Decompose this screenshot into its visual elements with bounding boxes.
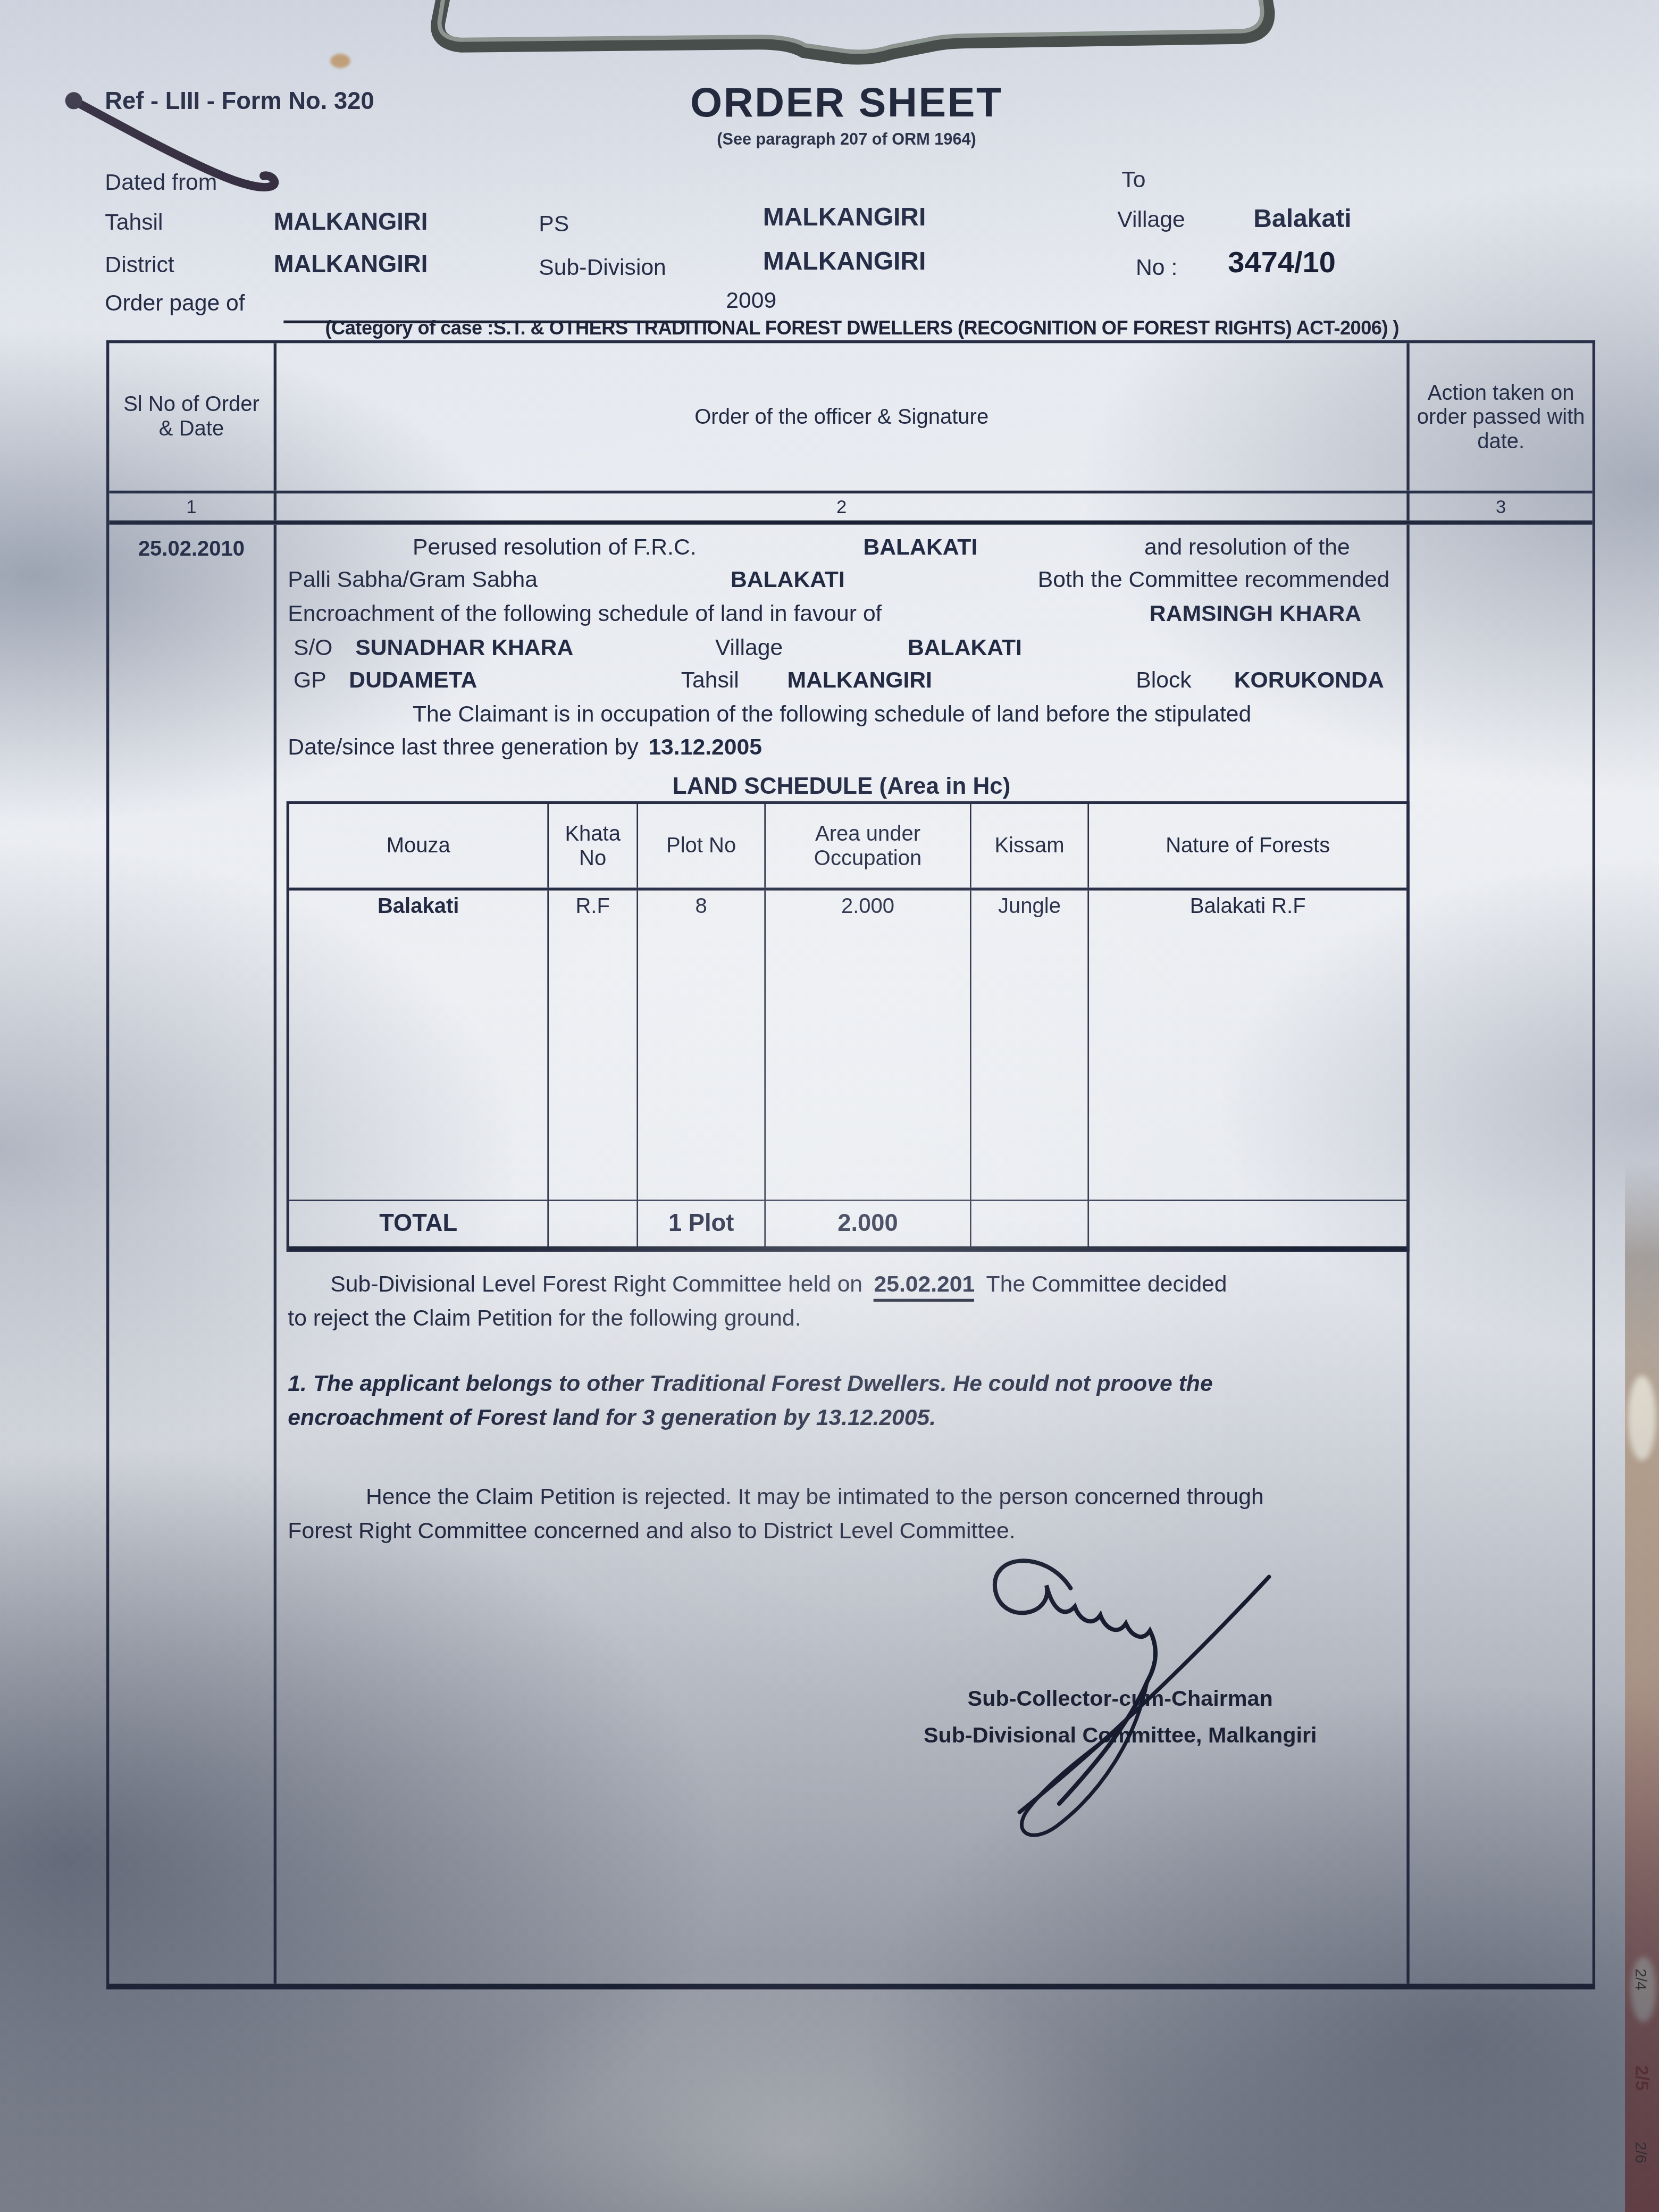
- order-line-5-block-value: KORUKONDA: [1234, 669, 1384, 695]
- dated-from-label: Dated from: [105, 172, 217, 197]
- order-line-1-text: Perused resolution of F.R.C.: [413, 536, 697, 562]
- decision-line-2-text: to reject the Claim Petition for the fol…: [288, 1308, 801, 1333]
- order-line-5-tahsil-value: MALKANGIRI: [787, 669, 932, 695]
- clipboard-clip-icon: [418, 0, 1291, 68]
- total-nature-empty: [1089, 1201, 1406, 1246]
- decision-post: The Committee decided: [986, 1273, 1227, 1302]
- col3-header: Action taken on order passed with date.: [1406, 343, 1592, 490]
- total-plot: 1 Plot: [638, 1201, 766, 1246]
- order-line-2-sabha-village: BALAKATI: [731, 568, 845, 594]
- sheet-number-label: 2/4: [1631, 1968, 1648, 1990]
- land-table-header-row: Mouza Khata No Plot No Area under Occupa…: [289, 804, 1406, 891]
- village-value: Balakati: [1253, 204, 1351, 234]
- subdivision-value: MALKANGIRI: [763, 247, 926, 276]
- land-table-total-row: TOTAL 1 Plot 2.000: [289, 1200, 1406, 1246]
- order-line-5-tahsil-label: Tahsil: [681, 669, 739, 695]
- order-line-5-block-label: Block: [1136, 669, 1191, 695]
- order-line-5: GP DUDAMETA Tahsil MALKANGIRI Block KORU…: [288, 669, 1384, 695]
- order-line-7-text: Date/since last three generation by: [288, 736, 638, 761]
- hence-line-1-text: Hence the Claim Petition is rejected. It…: [366, 1486, 1264, 1512]
- header-plot-no: Plot No: [638, 804, 766, 887]
- paper-sheet: Ref - LIII - Form No. 320 ORDER SHEET (S…: [0, 0, 1659, 2212]
- indent: [288, 1273, 330, 1302]
- order-line-1: Perused resolution of F.R.C. BALAKATI an…: [288, 536, 1350, 562]
- col2-header: Order of the officer & Signature: [276, 343, 1406, 490]
- cell-kissam: Jungle: [971, 891, 1089, 1200]
- order-page-label: Order page of: [105, 292, 245, 317]
- col2-header-text: Order of the officer & Signature: [694, 405, 988, 429]
- header-nature: Nature of Forests: [1089, 804, 1406, 887]
- total-area: 2.000: [766, 1201, 971, 1246]
- sheet-number-label: 2/5: [1631, 2065, 1653, 2091]
- tahsil-label: Tahsil: [105, 211, 163, 237]
- order-line-2-tail: Both the Committee recommended: [1038, 568, 1390, 594]
- hence-line-2-text: Forest Right Committee concerned and als…: [288, 1520, 1015, 1546]
- cell-area: 2.000: [766, 891, 971, 1200]
- order-date-cell: 25.02.2010: [109, 525, 276, 1984]
- order-content-cell: Perused resolution of F.R.C. BALAKATI an…: [276, 525, 1406, 1984]
- indent: [288, 1486, 366, 1512]
- order-line-3-text: Encroachment of the following schedule o…: [288, 602, 882, 628]
- underlying-pages-edge: 2/4 2/5 2/6: [1625, 1163, 1659, 2212]
- order-page-year: 2009: [726, 289, 776, 315]
- total-label: TOTAL: [289, 1201, 549, 1246]
- page-title: ORDER SHEET: [563, 81, 1130, 128]
- total-khata-empty: [549, 1201, 638, 1246]
- order-table: Sl No of Order & Date Order of the offic…: [106, 340, 1595, 1989]
- indent: [288, 703, 413, 729]
- cell-khata-no: R.F: [549, 891, 638, 1200]
- order-table-body-row: 25.02.2010 Perused resolution of F.R.C. …: [109, 525, 1592, 1984]
- no-label: No :: [1136, 257, 1177, 282]
- ground-line-1-text: 1. The applicant belongs to other Tradit…: [288, 1372, 1212, 1398]
- decision-date: 25.02.201: [874, 1273, 975, 1302]
- order-table-number-row: 1 2 3: [109, 491, 1592, 525]
- no-value: 3474/10: [1228, 247, 1335, 281]
- land-table-data-row: Balakati R.F 8 2.000 Jungle Balakati R.F: [289, 891, 1406, 1200]
- order-line-4-father-name: SUNADHAR KHARA: [355, 636, 573, 662]
- cell-plot-no: 8: [638, 891, 766, 1200]
- col1-header-text: Sl No of Order & Date: [109, 393, 273, 441]
- order-table-header-row: Sl No of Order & Date Order of the offic…: [109, 343, 1592, 490]
- order-line-1-tail: and resolution of the: [1144, 536, 1350, 562]
- decision-line-2: to reject the Claim Petition for the fol…: [288, 1308, 1350, 1333]
- district-value: MALKANGIRI: [274, 251, 428, 279]
- photo-of-order-sheet: Ref - LIII - Form No. 320 ORDER SHEET (S…: [0, 0, 1659, 2212]
- district-label: District: [105, 254, 174, 279]
- order-line-4: S/O SUNADHAR KHARA Village BALAKATI: [288, 636, 1350, 662]
- header-khata-no: Khata No: [549, 804, 638, 887]
- order-line-3-claimant-name: RAMSINGH KHARA: [1150, 602, 1361, 628]
- header-mouza: Mouza: [289, 804, 549, 887]
- order-line-5-gp-value: DUDAMETA: [349, 669, 477, 695]
- cell-mouza: Balakati: [289, 891, 549, 1200]
- order-line-6-text: The Claimant is in occupation of the fol…: [413, 703, 1251, 729]
- decision-pre: Sub-Divisional Level Forest Right Commit…: [330, 1273, 862, 1302]
- order-line-3: Encroachment of the following schedule o…: [288, 602, 1361, 628]
- action-taken-cell-empty: [1406, 525, 1592, 1984]
- page-edge-highlight: [1628, 1376, 1656, 1461]
- decision-line-1: Sub-Divisional Level Forest Right Commit…: [288, 1273, 1381, 1302]
- order-entry-date: 25.02.2010: [109, 538, 273, 562]
- paper-stain: [330, 54, 350, 68]
- ground-line-2: encroachment of Forest land for 3 genera…: [288, 1406, 1350, 1432]
- ground-line-1: 1. The applicant belongs to other Tradit…: [288, 1372, 1350, 1398]
- form-ref: Ref - LIII - Form No. 320: [105, 88, 374, 116]
- order-line-5-gp-label: GP: [294, 669, 326, 695]
- order-line-4-so-label: S/O: [294, 636, 333, 662]
- hence-line-1: Hence the Claim Petition is rejected. It…: [288, 1486, 1350, 1512]
- to-label: To: [1121, 169, 1145, 194]
- ground-line-2-text: encroachment of Forest land for 3 genera…: [288, 1406, 936, 1432]
- order-line-2: Palli Sabha/Gram Sabha BALAKATI Both the…: [288, 568, 1389, 594]
- col1-number: 1: [109, 493, 276, 521]
- col1-header: Sl No of Order & Date: [109, 343, 276, 490]
- order-line-2-text: Palli Sabha/Gram Sabha: [288, 568, 538, 594]
- order-line-6: The Claimant is in occupation of the fol…: [288, 703, 1350, 729]
- col3-header-text: Action taken on order passed with date.: [1410, 381, 1593, 453]
- tahsil-value: MALKANGIRI: [274, 208, 428, 237]
- village-label: Village: [1117, 208, 1185, 234]
- header-area: Area under Occupation: [766, 804, 971, 887]
- order-line-7: Date/since last three generation by 13.1…: [288, 736, 1350, 761]
- cell-nature: Balakati R.F: [1089, 891, 1406, 1200]
- order-line-4-village-value: BALAKATI: [908, 636, 1022, 662]
- signature-scribble: [929, 1540, 1312, 1859]
- land-schedule-table: Mouza Khata No Plot No Area under Occupa…: [287, 801, 1410, 1252]
- order-line-7-date: 13.12.2005: [648, 736, 762, 761]
- category-line: (Category of case :S.T. & OTHERS TRADITI…: [121, 317, 1604, 339]
- ps-value: MALKANGIRI: [763, 203, 926, 232]
- total-kissam-empty: [971, 1201, 1089, 1246]
- order-line-1-frc-village: BALAKATI: [863, 536, 977, 562]
- subdivision-label: Sub-Division: [539, 257, 666, 282]
- land-schedule-title: LAND SCHEDULE (Area in Hc): [276, 774, 1406, 801]
- ps-label: PS: [539, 213, 569, 238]
- order-line-4-village-label: Village: [715, 636, 783, 662]
- sheet-number-label: 2/6: [1631, 2142, 1648, 2164]
- header-kissam: Kissam: [971, 804, 1089, 887]
- indent: [288, 536, 413, 562]
- page-subtitle: (See paragraph 207 of ORM 1964): [563, 132, 1130, 149]
- col2-number: 2: [276, 493, 1406, 521]
- col3-number: 3: [1406, 493, 1592, 521]
